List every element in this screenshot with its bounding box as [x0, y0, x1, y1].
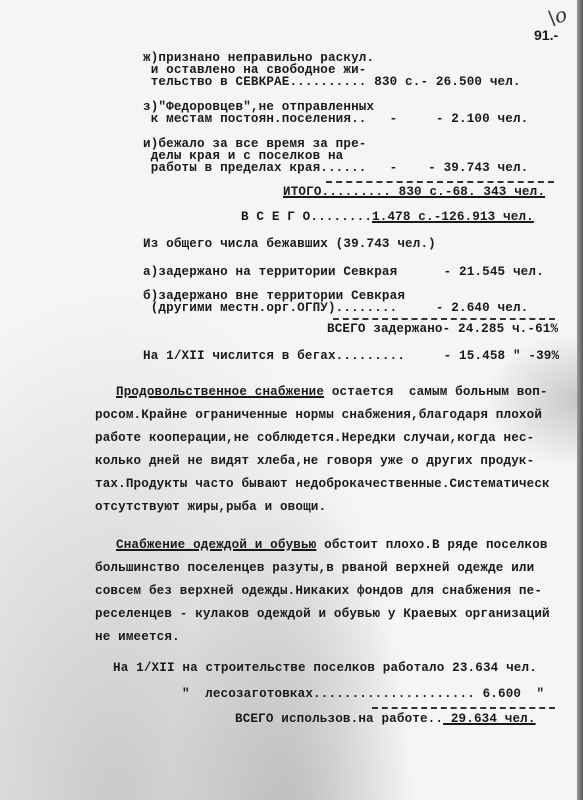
work-line-1: На 1/ХII на строительстве поселков работ… — [113, 662, 537, 675]
item-zh-line-3: тельство в СЕВКРАЕ.......... 830 с.- 26.… — [143, 76, 521, 89]
itogo-value: 830 с.-68. 343 чел. — [391, 185, 545, 199]
divider — [333, 318, 555, 320]
page-number: 91.- — [534, 27, 558, 43]
work-line-2: " лесозаготовках..................... 6.… — [182, 688, 544, 701]
food-paragraph-line-4: колько дней не видят хлеба,не говоря уже… — [95, 455, 534, 468]
vsego-label: В С Е Г О........ — [241, 210, 372, 224]
fled-total: ВСЕГО задержано- 24.285 ч.-61% — [327, 323, 558, 336]
food-paragraph-line-3: работе кооперации,не соблюдется.Нередки … — [95, 432, 534, 445]
itogo-row: ИТОГО......... 830 с.-68. 343 чел. — [283, 186, 545, 199]
food-paragraph-line-1: Продовольственное снабжение остается сам… — [116, 386, 548, 399]
scan-edge-shadow — [577, 0, 583, 800]
divider — [372, 707, 555, 709]
clothing-paragraph-line-4: реселенцев - кулаков одеждой и обувью у … — [95, 608, 550, 621]
work-total-label: ВСЕГО использов.на работе.. — [235, 712, 443, 726]
food-paragraph-line-5: тах.Продукты часто бывают недоброкачеств… — [95, 478, 550, 491]
work-total: ВСЕГО использов.на работе.. 29.634 чел. — [235, 713, 536, 726]
clothing-paragraph-line-1: Снабжение одеждой и обувью обстоит плохо… — [116, 539, 548, 552]
fled-item-b-line-2: (другими местн.орг.ОГПУ)........ - 2.640… — [143, 302, 528, 315]
clothing-paragraph-line-2: большинство поселенцев разуты,в рваной в… — [95, 562, 534, 575]
food-paragraph-line-6: отсутствуют жиры,рыба и овощи. — [95, 501, 326, 514]
handwritten-mark: \o — [545, 2, 569, 30]
work-total-value: 29.634 чел. — [443, 712, 536, 726]
food-heading: Продовольственное снабжение — [116, 385, 324, 399]
item-z-line-2: к местам постоян.поселения.. - - 2.100 ч… — [143, 113, 528, 126]
food-paragraph-line-2: росом.Крайне ограниченные нормы снабжени… — [95, 409, 542, 422]
vsego-value: 1.478 с.-126.913 чел. — [372, 210, 534, 224]
itogo-label: ИТОГО......... — [283, 185, 391, 199]
fled-header: Из общего числа бежавших (39.743 чел.) — [143, 238, 436, 251]
vsego-row: В С Е Г О........1.478 с.-126.913 чел. — [241, 211, 534, 224]
fled-item-a: а)задержано на территории Севкрая - 21.5… — [143, 266, 544, 279]
clothing-paragraph-line-5: не имеется. — [95, 631, 180, 644]
clothing-paragraph-line-3: совсем без верхней одежды.Никаких фондов… — [95, 585, 542, 598]
document-page: \o 91.- ж)признано неправильно раскул. и… — [0, 0, 583, 800]
fled-remaining: На 1/ХII числится в бегах......... - 15.… — [143, 350, 559, 363]
item-i-line-3: работы в пределах края...... - - 39.743 … — [143, 162, 528, 175]
clothing-heading: Снабжение одеждой и обувью — [116, 538, 316, 552]
divider — [326, 181, 554, 183]
